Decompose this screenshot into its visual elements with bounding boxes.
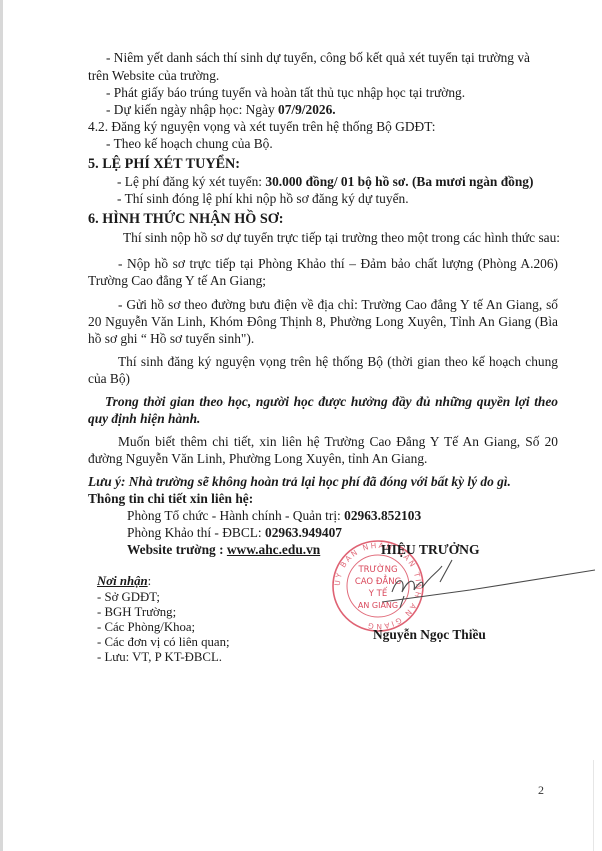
admin-label: Phòng Tổ chức - Hành chính - Quản trị: [127,508,344,523]
section-heading: 5. LỆ PHÍ XÉT TUYỂN: [88,156,240,172]
contact-admin: Phòng Tổ chức - Hành chính - Quản trị: 0… [127,508,421,524]
exam-label: Phòng Khảo thí - ĐBCL: [127,525,265,540]
text-line: - Gửi hồ sơ theo đường bưu điện về địa c… [118,297,558,313]
rights-note: quy định hiện hành. [88,411,200,427]
text-line: - Dự kiến ngày nhập học: Ngày 07/9/2026. [106,102,336,118]
contact-exam: Phòng Khảo thí - ĐBCL: 02963.949407 [127,525,342,541]
contact-website: Website trường : www.ahc.edu.vn [127,542,320,558]
admission-date: 07/9/2026. [278,102,336,117]
text-line: - Phát giấy báo trúng tuyển và hoàn tất … [106,85,465,101]
recipient-item: - Lưu: VT, P KT-ĐBCL. [97,649,222,665]
text-line: - Lệ phí đăng ký xét tuyển: 30.000 đồng/… [117,174,533,190]
text-line: 20 Nguyễn Văn Linh, Khóm Đông Thịnh 8, P… [88,314,558,330]
fee-label: - Lệ phí đăng ký xét tuyển: [117,174,265,189]
document-page: - Niêm yết danh sách thí sinh dự tuyển, … [0,0,602,851]
text-line: Muốn biết thêm chi tiết, xin liên hệ Trư… [118,434,558,450]
text-line: Trường Cao đẳng Y tế An Giang; [88,273,266,289]
admission-date-label: - Dự kiến ngày nhập học: Ngày [106,102,278,117]
text-line: hồ sơ ghi “ Hồ sơ tuyển sinh"). [88,331,254,347]
signer-name: Nguyễn Ngọc Thiều [373,627,486,643]
signature-mark [380,552,602,612]
text-line: trên Website của trường. [88,68,219,84]
page-number: 2 [538,783,544,798]
fee-value: 30.000 đồng/ 01 bộ hồ sơ. (Ba mươi ngàn … [265,174,533,189]
recipient-item: - Các Phòng/Khoa; [97,619,195,635]
text-line: - Niêm yết danh sách thí sinh dự tuyển, … [106,50,530,66]
text-line: Thí sinh đăng ký nguyện vọng trên hệ thố… [118,354,558,370]
recipient-item: - BGH Trường; [97,604,176,620]
admin-phone: 02963.852103 [344,508,421,523]
page-right-edge [593,760,594,851]
refund-note: Lưu ý: Nhà trường sẽ không hoàn trả lại … [88,474,511,490]
text-line: - Theo kế hoạch chung của Bộ. [106,136,273,152]
text-line: của Bộ) [88,371,130,387]
recipient-item: - Các đơn vị có liên quan; [97,634,230,650]
contact-heading: Thông tin chi tiết xin liên hệ: [88,491,253,507]
website-label: Website trường : [127,542,227,557]
text-line: đường Nguyễn Văn Linh, Phường Long Xuyên… [88,451,427,467]
text-line: - Thí sinh đóng lệ phí khi nộp hồ sơ đăn… [117,191,409,207]
text-line: Thí sinh nộp hồ sơ dự tuyển trực tiếp tạ… [123,230,560,246]
subsection-heading: 4.2. Đăng ký nguyện vọng và xét tuyển tr… [88,119,435,135]
recipients-heading: Nơi nhận: [97,573,151,589]
text-line: - Nộp hồ sơ trực tiếp tại Phòng Khảo thí… [118,256,558,272]
website-link[interactable]: www.ahc.edu.vn [227,542,320,557]
section-heading: 6. HÌNH THỨC NHẬN HỒ SƠ: [88,211,284,227]
page-left-edge [0,0,3,851]
rights-note: Trong thời gian theo học, người học được… [105,394,558,410]
recipient-item: - Sở GDĐT; [97,589,160,605]
